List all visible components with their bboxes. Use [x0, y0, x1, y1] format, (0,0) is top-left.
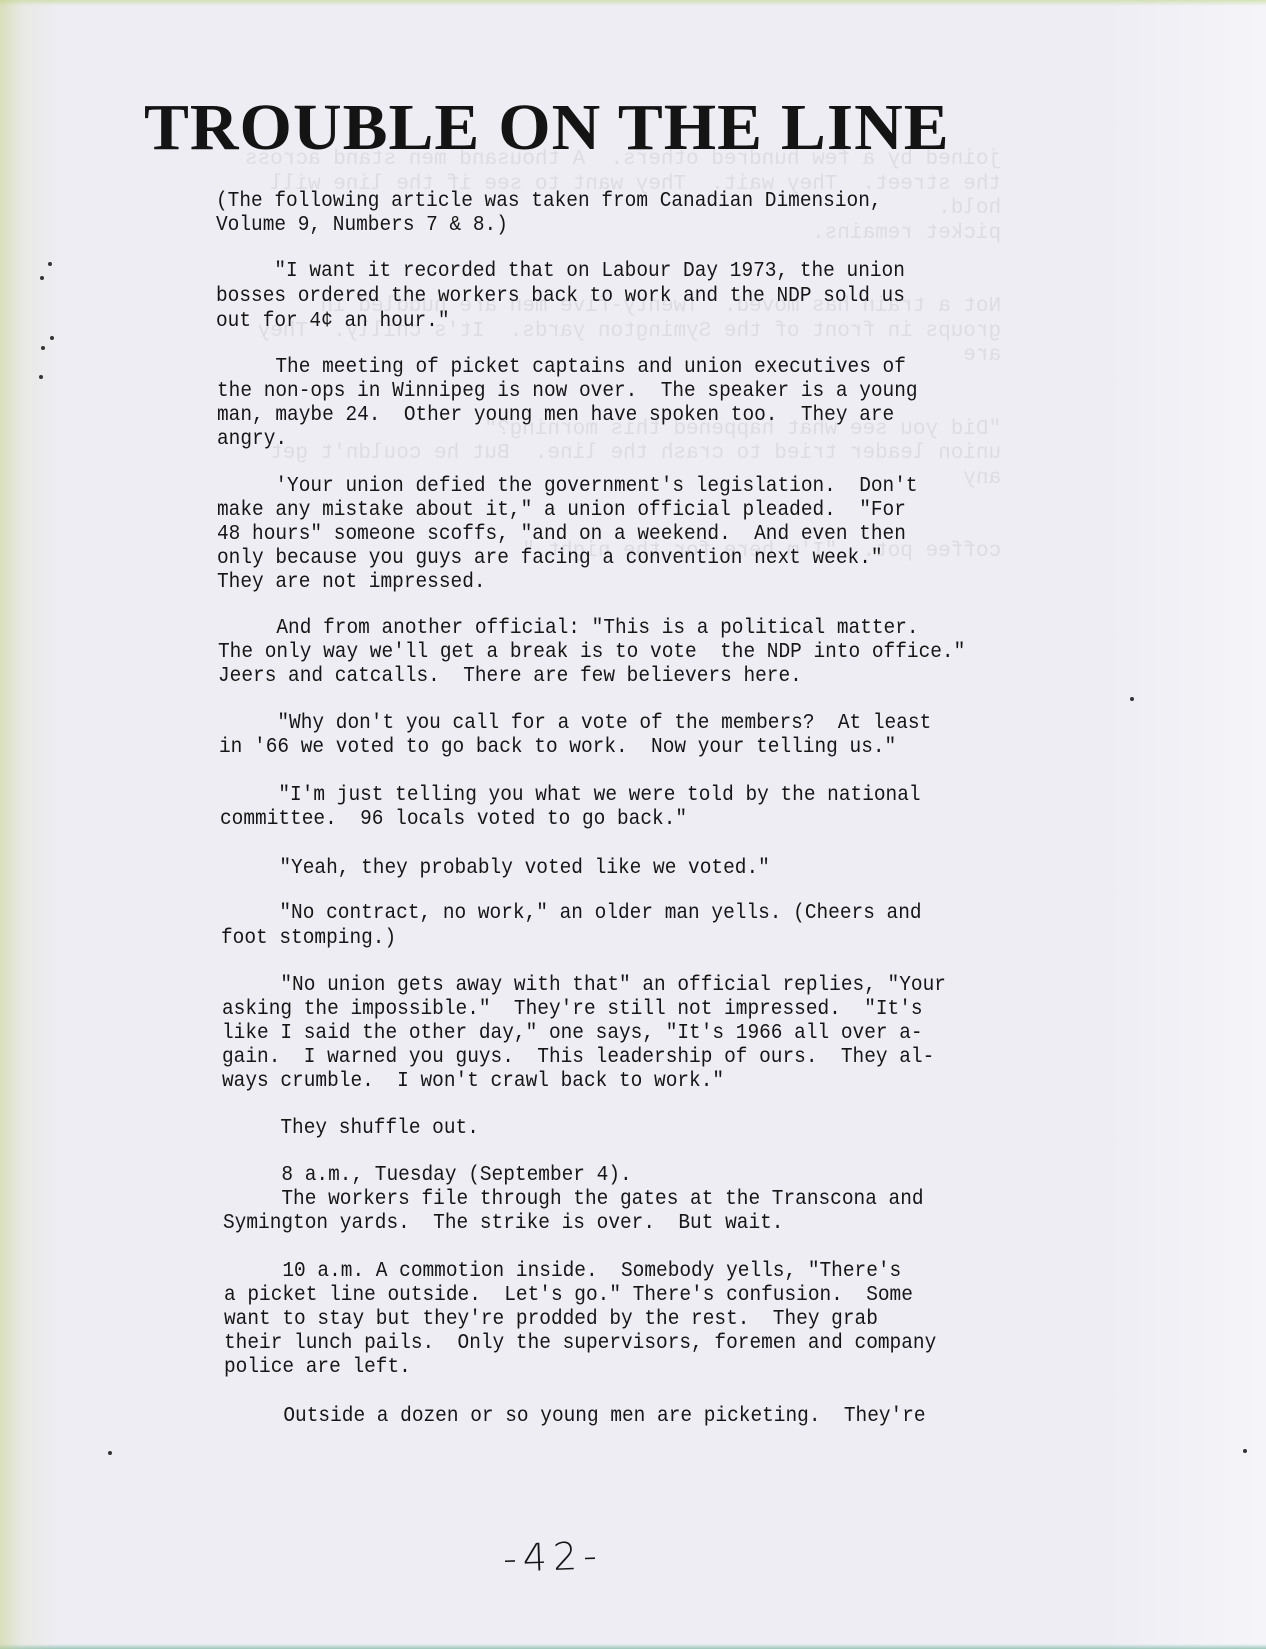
paragraph-line: man, maybe 24. Other young men have spok… — [217, 402, 894, 428]
paragraph-line: "Why don't you call for a vote of the me… — [219, 710, 931, 736]
paragraph-line: The meeting of picket captains and union… — [217, 354, 906, 380]
paragraph-line: the non-ops in Winnipeg is now over. The… — [217, 378, 918, 404]
scan-speck — [41, 346, 45, 350]
paragraph-line: like I said the other day," one says, "I… — [222, 1020, 923, 1046]
paragraph-line: Symington yards. The strike is over. But… — [223, 1210, 783, 1236]
paragraph-line: "I'm just telling you what we were told … — [220, 782, 921, 808]
page-number: -42- — [502, 1533, 603, 1580]
paragraph-line: Jeers and catcalls. There are few believ… — [218, 663, 802, 689]
scan-speck — [1243, 1449, 1247, 1453]
paragraph-line: They shuffle out. — [222, 1115, 479, 1141]
paragraph-line: committee. 96 locals voted to go back." — [220, 806, 687, 832]
paragraph-line: a picket line outside. Let's go." There'… — [224, 1282, 913, 1308]
paragraph-line: bosses ordered the workers back to work … — [216, 283, 905, 309]
paragraph-line: their lunch pails. Only the supervisors,… — [224, 1330, 936, 1356]
paragraph-line: Outside a dozen or so young men are pick… — [225, 1403, 926, 1429]
paragraph-line: 48 hours" someone scoffs, "and on a week… — [217, 521, 906, 547]
scan-speck — [108, 1451, 112, 1455]
paragraph-line: in '66 we voted to go back to work. Now … — [219, 734, 896, 760]
paragraph-line: 8 a.m., Tuesday (September 4). — [223, 1162, 632, 1188]
paragraph-line: want to stay but they're prodded by the … — [224, 1306, 878, 1332]
paragraph-line: "No union gets away with that" an offici… — [222, 972, 946, 998]
paragraph-line: They are not impressed. — [217, 569, 486, 595]
paragraph-line: foot stomping.) — [221, 925, 396, 951]
scan-speck — [48, 262, 52, 266]
paragraph-line: only because you guys are facing a conve… — [217, 545, 883, 571]
scanned-page: joined by a few hundred others. A thousa… — [0, 0, 1266, 1649]
paragraph-line: "I want it recorded that on Labour Day 1… — [216, 258, 905, 284]
paragraph-line: And from another official: "This is a po… — [218, 615, 919, 641]
paragraph-line: out for 4¢ an hour." — [216, 308, 450, 334]
paragraph-line: The workers file through the gates at th… — [223, 1186, 924, 1212]
paragraph-line: angry. — [217, 426, 287, 452]
paragraph-line: make any mistake about it," a union offi… — [217, 497, 906, 523]
paragraph-line: asking the impossible." They're still no… — [222, 996, 923, 1022]
paragraph-line: ways crumble. I won't crawl back to work… — [222, 1068, 724, 1094]
paragraph-line: gain. I warned you guys. This leadership… — [222, 1044, 934, 1070]
scan-speck — [1130, 697, 1134, 701]
scan-speck — [50, 336, 54, 340]
paragraph-line: "Yeah, they probably voted like we voted… — [221, 855, 770, 881]
article-title: TROUBLE ON THE LINE — [144, 88, 950, 168]
paragraph-line: 10 a.m. A commotion inside. Somebody yel… — [224, 1258, 901, 1284]
source-note-line: (The following article was taken from Ca… — [216, 188, 882, 214]
paragraph-line: 'Your union defied the government's legi… — [217, 473, 918, 499]
scan-speck — [40, 276, 44, 280]
source-note-line: Volume 9, Numbers 7 & 8.) — [216, 212, 508, 238]
paragraph-line: police are left. — [224, 1354, 411, 1380]
paragraph-line: The only way we'll get a break is to vot… — [218, 639, 965, 665]
paragraph-line: "No contract, no work," an older man yel… — [221, 900, 922, 926]
scan-speck — [39, 375, 43, 379]
